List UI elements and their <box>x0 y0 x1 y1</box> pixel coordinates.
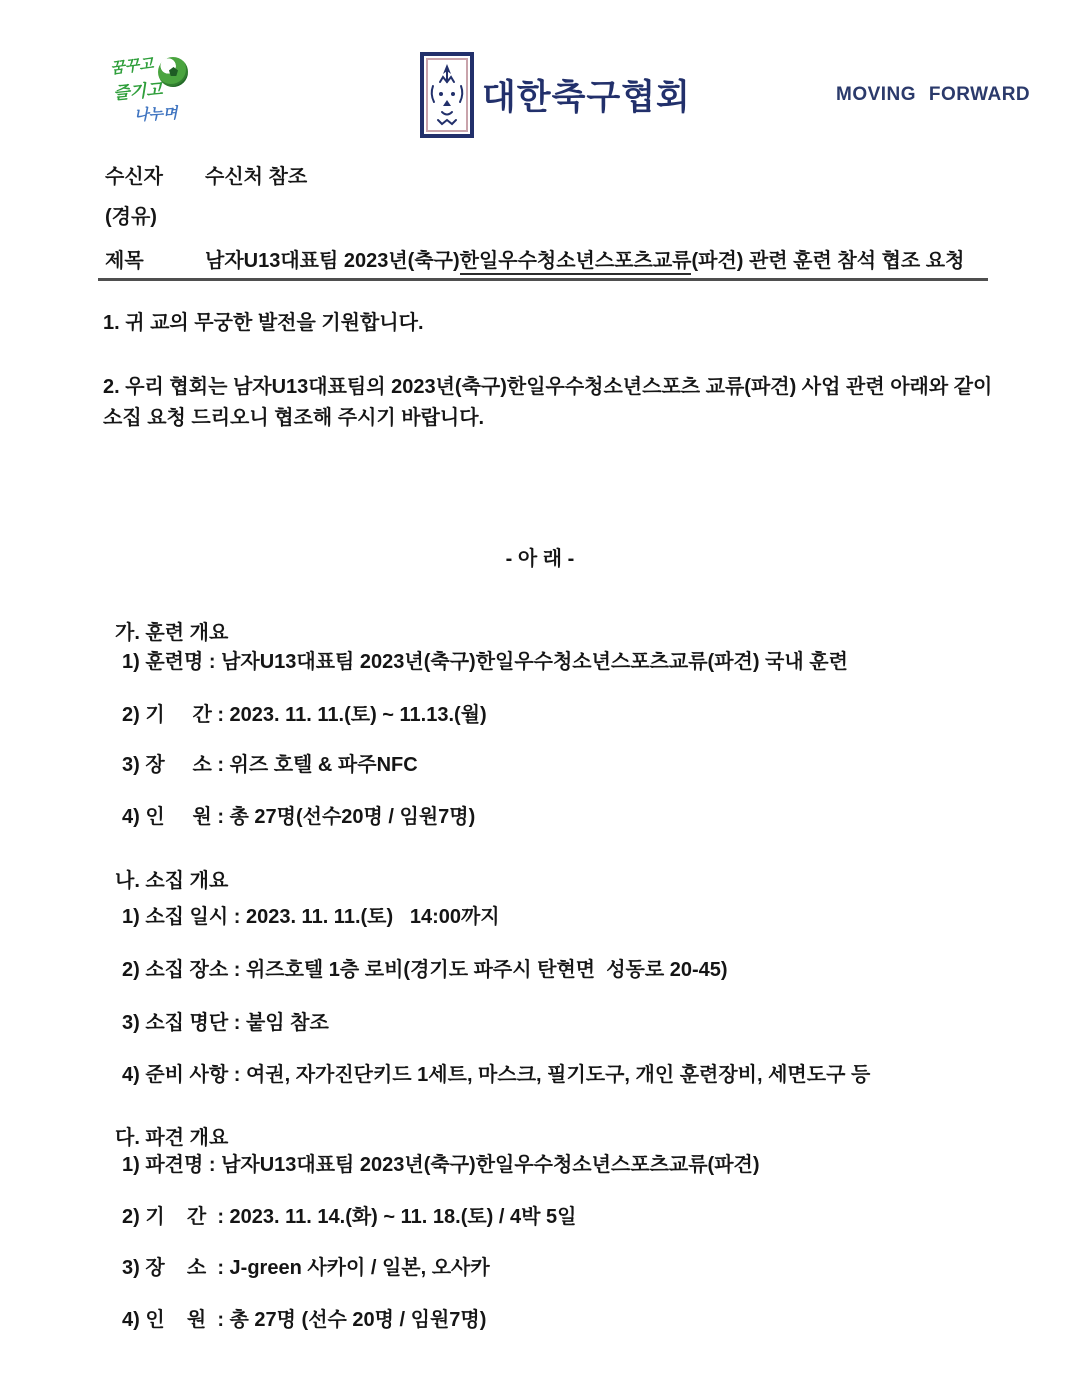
section-title-assembly: 나. 소집 개요 <box>115 864 228 893</box>
assembly-item-datetime: 1) 소집 일시 : 2023. 11. 11.(토) 14:00까지 <box>122 900 500 929</box>
tagline-moving-forward: MOVING FORWARD <box>836 84 1030 106</box>
assembly-item-place: 2) 소집 장소 : 위즈호텔 1층 로비(경기도 파주시 탄현면 성동로 20… <box>122 953 728 982</box>
subject-prefix: 남자U13대표팀 2023년(축구) <box>205 250 460 272</box>
paragraph-request: 2. 우리 협회는 남자U13대표팀의 2023년(축구)한일우수청소년스포츠 … <box>103 372 1043 434</box>
slogan-line-1: 꿈꾸고 <box>109 52 155 78</box>
section-title-training: 가. 훈련 개요 <box>115 616 228 645</box>
paragraph-greeting: 1. 귀 교의 무궁한 발전을 기원합니다. <box>103 306 424 335</box>
document-page: 꿈꾸고 즐기고 나누며 대한축구협회 MOVING FORWARD 수신자 <box>0 0 1080 1381</box>
dispatch-item-personnel: 4) 인 원 : 총 27명 (선수 20명 / 임원7명) <box>122 1303 486 1332</box>
dispatch-item-name: 1) 파견명 : 남자U13대표팀 2023년(축구)한일우수청소년스포츠교류(… <box>122 1148 760 1177</box>
kfa-slogan-logo: 꿈꾸고 즐기고 나누며 <box>110 55 205 135</box>
slogan-line-2: 즐기고 <box>112 75 163 104</box>
dispatch-item-place: 3) 장 소 : J-green 사카이 / 일본, 오사카 <box>122 1251 490 1280</box>
title-separator-line <box>98 278 988 281</box>
kfa-tiger-emblem-icon <box>420 52 474 143</box>
training-item-personnel: 4) 인 원 : 총 27명(선수20명 / 임원7명) <box>122 800 475 829</box>
section-title-dispatch: 다. 파견 개요 <box>115 1121 228 1150</box>
assembly-item-roster: 3) 소집 명단 : 붙임 참조 <box>122 1006 329 1035</box>
assembly-item-preparation: 4) 준비 사항 : 여권, 자가진단키드 1세트, 마스크, 필기도구, 개인… <box>122 1058 870 1087</box>
soccer-ball-icon <box>158 57 188 87</box>
subject-label: 제목 <box>105 244 144 273</box>
slogan-line-3: 나누며 <box>133 102 178 125</box>
recipient-label: 수신자 <box>105 160 163 189</box>
org-name: 대한축구협회 <box>482 70 691 120</box>
dispatch-item-period: 2) 기 간 : 2023. 11. 14.(화) ~ 11. 18.(토) /… <box>122 1200 576 1229</box>
training-item-name: 1) 훈련명 : 남자U13대표팀 2023년(축구)한일우수청소년스포츠교류(… <box>122 645 848 674</box>
subject-value: 남자U13대표팀 2023년(축구)한일우수청소년스포츠교류(파견) 관련 훈련… <box>205 244 964 273</box>
via-label: (경유) <box>105 200 157 229</box>
subject-suffix: (파견) 관련 훈련 참석 협조 요청 <box>691 250 964 272</box>
below-marker: - 아 래 - <box>0 542 1080 571</box>
recipient-value: 수신처 참조 <box>205 160 307 189</box>
training-item-period: 2) 기 간 : 2023. 11. 11.(토) ~ 11.13.(월) <box>122 698 487 727</box>
training-item-place: 3) 장 소 : 위즈 호텔 & 파주NFC <box>122 748 418 777</box>
subject-underlined-part: 한일우수청소년스포츠교류 <box>460 250 692 275</box>
